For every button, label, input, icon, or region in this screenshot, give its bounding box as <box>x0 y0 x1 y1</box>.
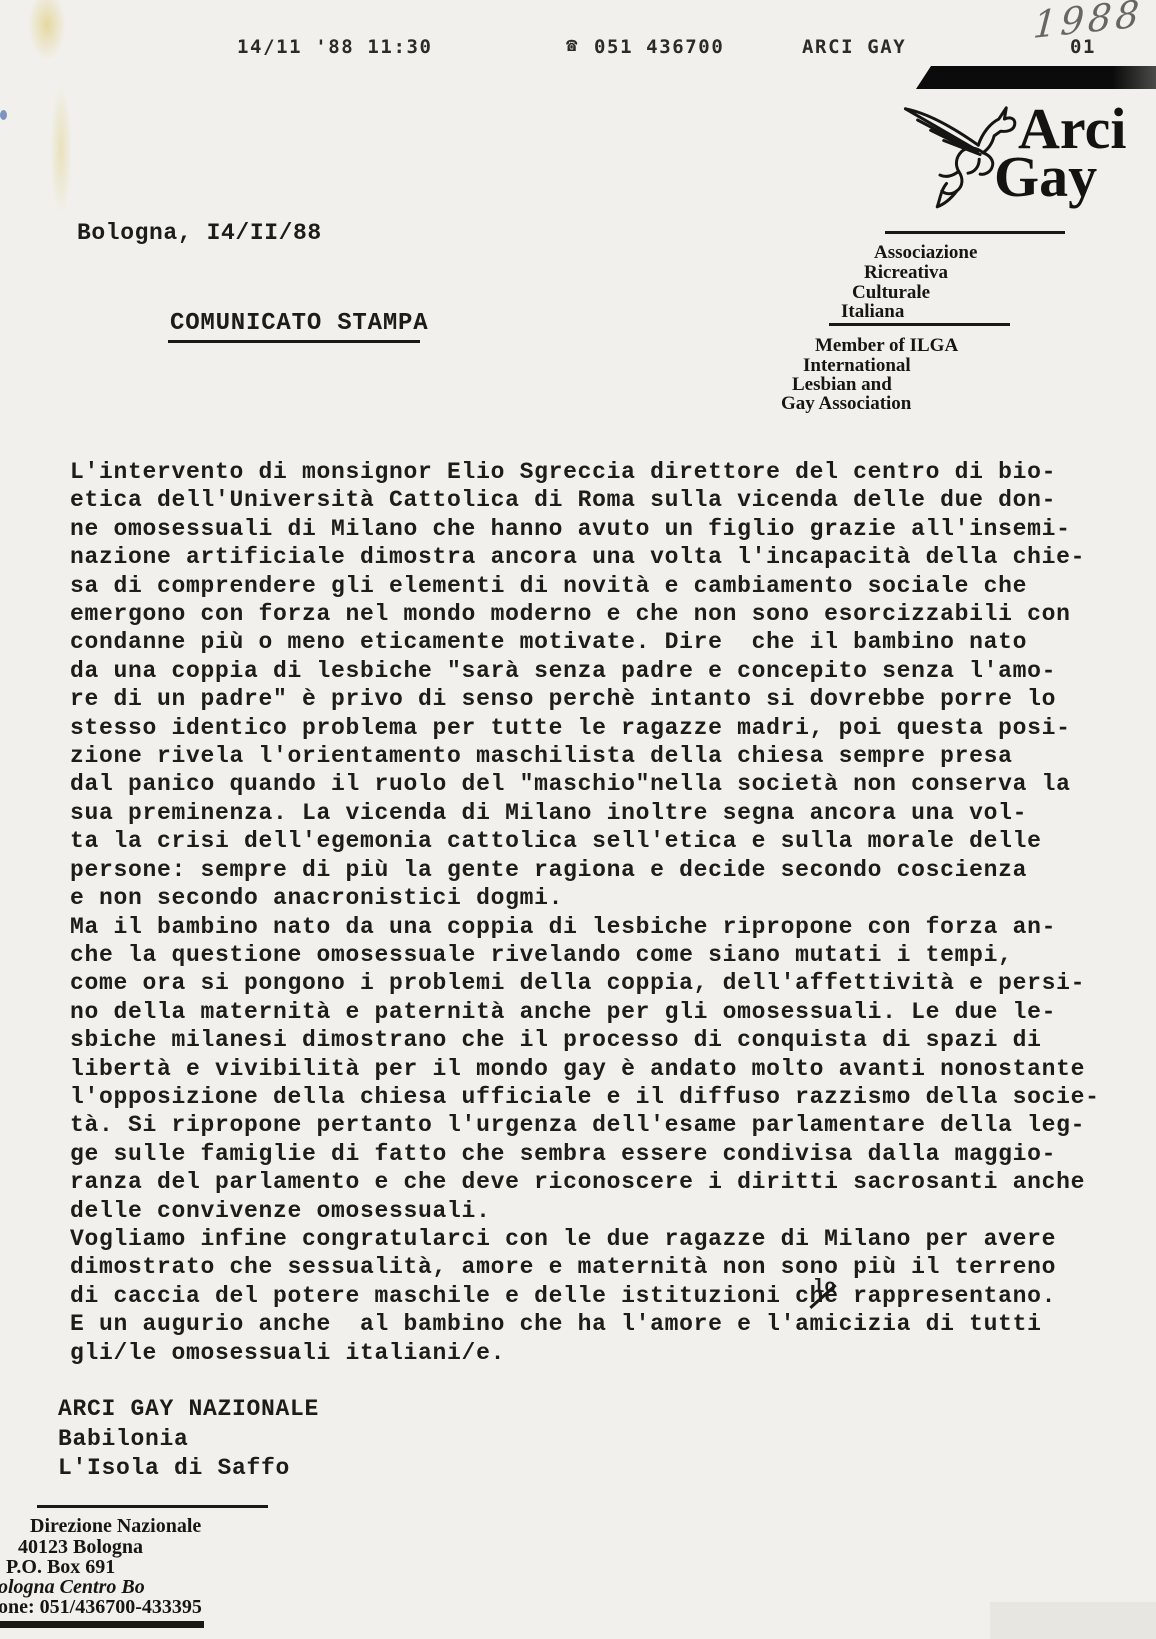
signature-line: ARCI GAY NAZIONALE <box>58 1396 319 1422</box>
footer-address-line: 40123 Bologna <box>18 1537 143 1557</box>
membership-line: Member of ILGA <box>815 336 958 355</box>
membership-line: Gay Association <box>781 394 911 413</box>
association-line: Associazione <box>874 243 977 262</box>
place-date: Bologna, I4/II/88 <box>77 220 322 246</box>
signature-line: Babilonia <box>58 1426 189 1452</box>
paper-stain <box>50 85 72 215</box>
signature-line: L'Isola di Saffo <box>58 1455 290 1481</box>
scan-shadow <box>990 1602 1156 1639</box>
phone-icon: ☎ <box>566 34 579 56</box>
handwritten-year: 1988 <box>1032 0 1145 47</box>
footer-divider <box>37 1505 268 1508</box>
footer-address-line: P.O. Box 691 <box>6 1557 115 1577</box>
association-line: Culturale <box>852 283 930 302</box>
association-line: Italiana <box>841 302 904 321</box>
letterhead-divider-top <box>885 231 1065 234</box>
membership-line: International <box>803 356 911 375</box>
membership-line: Lesbian and <box>792 375 892 394</box>
press-release-title: COMUNICATO STAMPA <box>170 310 428 337</box>
letter-body: L'intervento di monsignor Elio Sgreccia … <box>70 458 1100 1367</box>
brand-gay: Gay <box>994 148 1097 206</box>
title-underline <box>168 340 420 343</box>
footer-address-line: Direzione Nazionale <box>30 1516 201 1536</box>
footer-address-line: ologna Centro Bo <box>0 1577 145 1597</box>
footer-bottom-bar <box>0 1621 204 1628</box>
footer-address-line: one: 051/436700-433395 <box>0 1597 202 1617</box>
ink-mark <box>0 110 7 120</box>
paper-stain <box>28 0 66 60</box>
letterhead-divider-mid <box>829 323 1010 326</box>
fax-phone-number: 051 436700 <box>594 36 724 58</box>
fax-sender: ARCI GAY <box>802 36 906 58</box>
association-line: Ricreativa <box>864 263 948 282</box>
scanned-press-release: 14/11 '88 11:30 ☎ 051 436700 ARCI GAY 01… <box>0 0 1156 1639</box>
letterhead-black-bar <box>916 66 1156 89</box>
fax-datetime: 14/11 '88 11:30 <box>237 36 433 58</box>
